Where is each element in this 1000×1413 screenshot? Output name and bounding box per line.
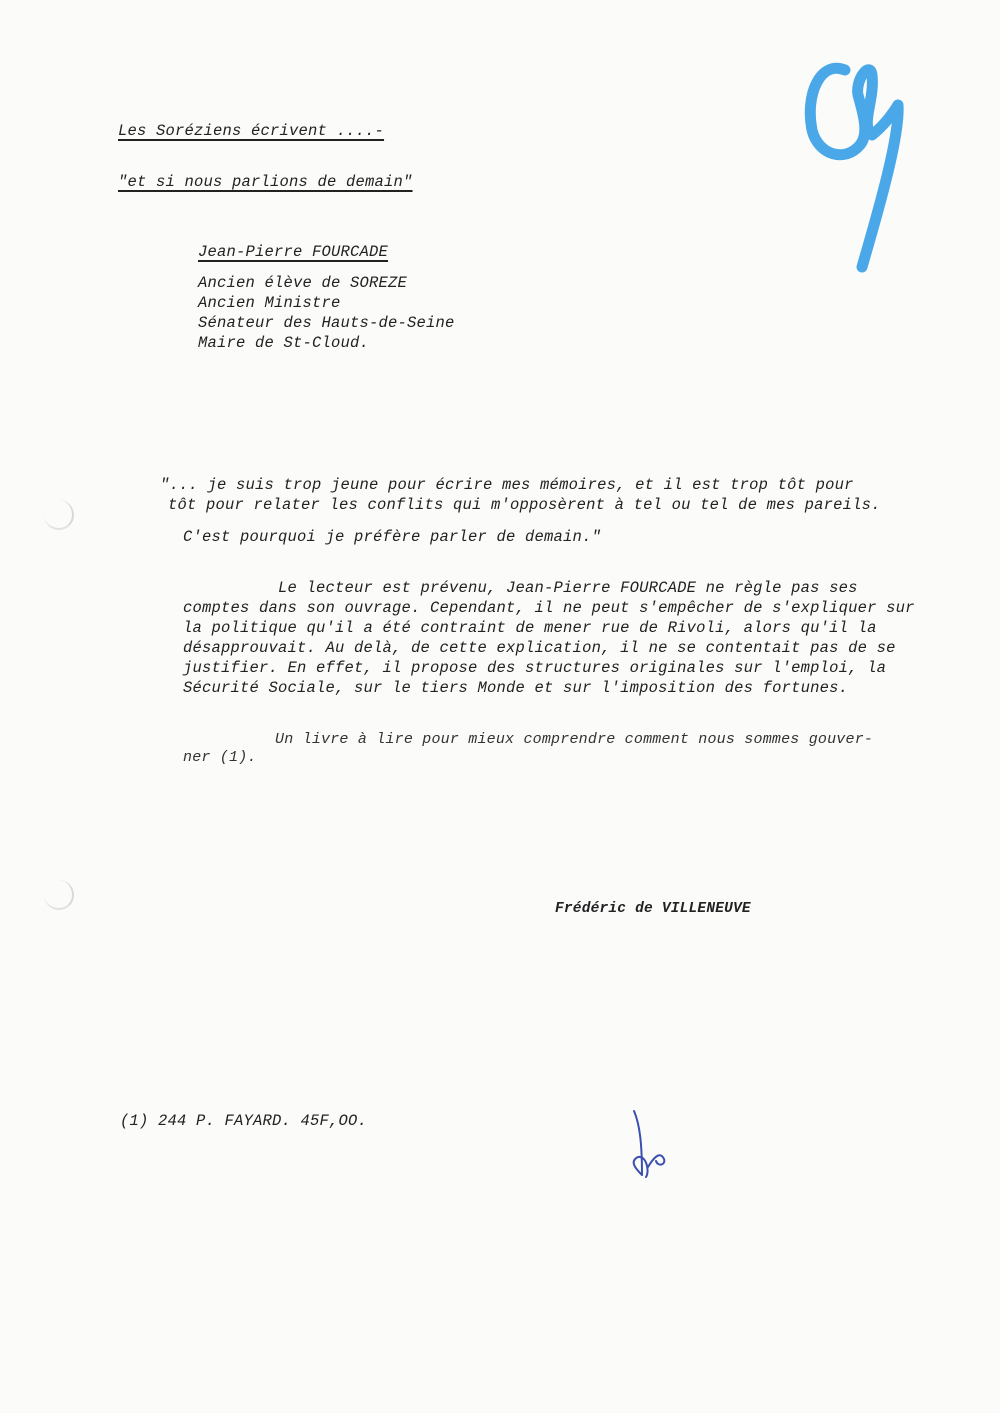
series-title: Les Soréziens écrivent ....- xyxy=(118,122,384,140)
author-name: Jean-Pierre FOURCADE xyxy=(198,243,388,261)
closing-line: ner (1). xyxy=(183,749,257,766)
punch-hole xyxy=(44,500,74,530)
review-line: Sécurité Sociale, sur le tiers Monde et … xyxy=(183,679,848,697)
document-page: Les Soréziens écrivent ....- "et si nous… xyxy=(0,0,1000,1413)
review-line: désapprouvait. Au delà, de cette explica… xyxy=(183,639,896,657)
review-line: la politique qu'il a été contraint de me… xyxy=(183,619,877,637)
quote-line: "... je suis trop jeune pour écrire mes … xyxy=(160,476,854,494)
quote-line: tôt pour relater les conflits qui m'oppo… xyxy=(168,496,881,514)
handwritten-initials xyxy=(620,1105,680,1185)
signature: Frédéric de VILLENEUVE xyxy=(555,901,751,917)
author-title: Ancien élève de SOREZE xyxy=(198,274,407,292)
review-line: Le lecteur est prévenu, Jean-Pierre FOUR… xyxy=(183,579,858,597)
author-title: Ancien Ministre xyxy=(198,294,341,312)
handwritten-page-number xyxy=(800,55,920,275)
footnote: (1) 244 P. FAYARD. 45F,OO. xyxy=(120,1112,367,1130)
author-title: Sénateur des Hauts-de-Seine xyxy=(198,314,455,332)
review-line: justifier. En effet, il propose des stru… xyxy=(183,659,886,677)
quote-line: C'est pourquoi je préfère parler de dema… xyxy=(183,528,601,546)
article-title: "et si nous parlions de demain" xyxy=(118,173,413,191)
author-title: Maire de St-Cloud. xyxy=(198,334,369,352)
review-line: comptes dans son ouvrage. Cependant, il … xyxy=(183,599,915,617)
closing-line: Un livre à lire pour mieux comprendre co… xyxy=(183,731,873,748)
punch-hole xyxy=(44,880,74,910)
